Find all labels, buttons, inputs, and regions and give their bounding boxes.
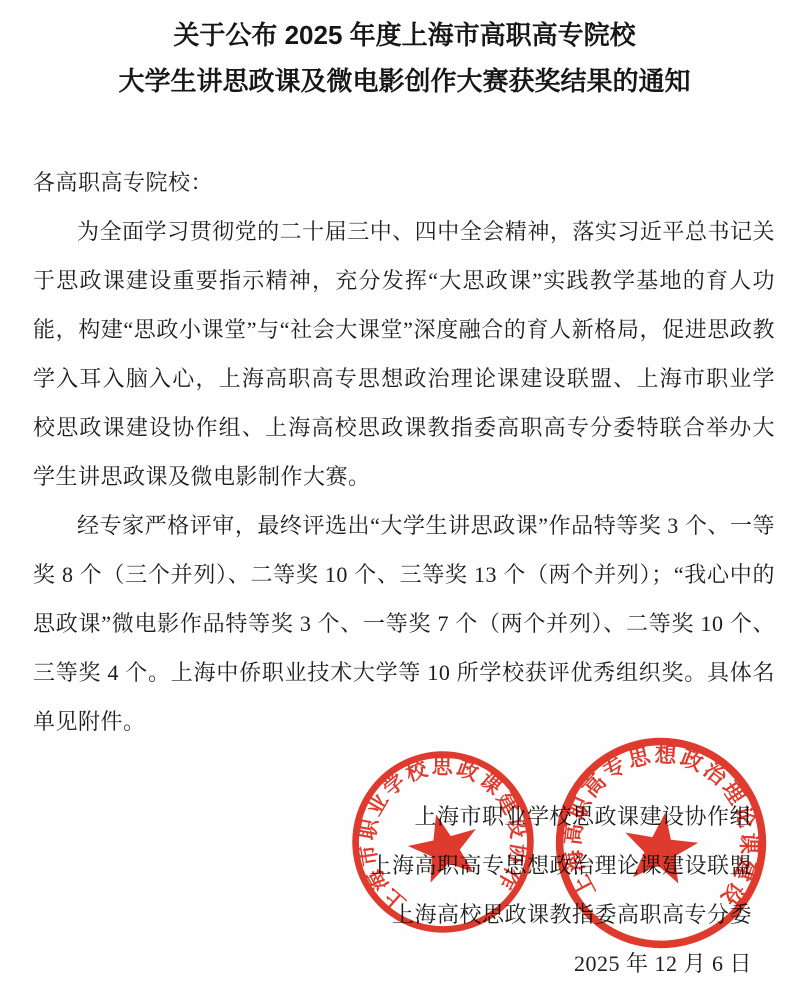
document-body: 各高职高专院校： 为全面学习贯彻党的二十届三中、四中全会精神，落实习近平总书记关… [33, 158, 775, 746]
signature-block: 上海市职业学校思政课建设协作组 上海高职高专思想政治理论课建设联盟 上海高校思政… [0, 792, 809, 984]
signature-line-3: 上海高校思政课教指委高职高专分委 [0, 890, 752, 939]
signature-line-2: 上海高职高专思想政治理论课建设联盟 [0, 841, 752, 890]
document-page: 关于公布 2025 年度上海市高职高专院校 大学生讲思政课及微电影创作大赛获奖结… [0, 0, 809, 984]
salutation: 各高职高专院校： [33, 158, 775, 207]
title-line-2: 大学生讲思政课及微电影创作大赛获奖结果的通知 [0, 58, 809, 104]
title-line-1: 关于公布 2025 年度上海市高职高专院校 [0, 12, 809, 58]
date-line: 2025 年 12 月 6 日 [0, 939, 752, 984]
paragraph-1: 为全面学习贯彻党的二十届三中、四中全会精神，落实习近平总书记关于思政课建设重要指… [33, 207, 775, 501]
paragraph-2: 经专家严格评审，最终评选出“大学生讲思政课”作品特等奖 3 个、一等奖 8 个（… [33, 501, 775, 746]
signature-line-1: 上海市职业学校思政课建设协作组 [0, 792, 752, 841]
document-title: 关于公布 2025 年度上海市高职高专院校 大学生讲思政课及微电影创作大赛获奖结… [0, 0, 809, 104]
